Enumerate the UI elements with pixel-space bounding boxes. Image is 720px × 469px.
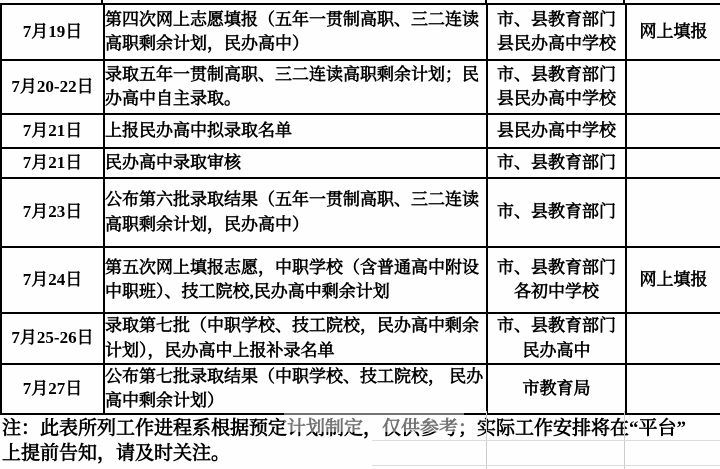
date-cell: 7月24日 — [1, 247, 104, 313]
footnote-line: 上提前告知，请及时关注。 — [2, 441, 720, 466]
method-cell — [626, 313, 720, 364]
grid-line — [372, 465, 720, 466]
method-cell — [626, 178, 720, 247]
task-cell: 公布第六批录取结果（五年一贯制高职、三二连读高职剩余计划，民办高中） — [104, 178, 487, 247]
table-row: 7月19日 第四次网上志愿填报（五年一贯制高职、三二连读高职剩余计划，民办高中）… — [1, 4, 720, 60]
task-cell: 上报民办高中拟录取名单 — [104, 114, 487, 148]
enrollment-schedule-page: 7月19日 第四次网上志愿填报（五年一贯制高职、三二连读高职剩余计划，民办高中）… — [0, 0, 720, 469]
date-cell: 7月25-26日 — [1, 313, 104, 364]
task-cell: 录取五年一贯制高职、三二连读高职剩余计划；民办高中自主录取。 — [104, 60, 487, 114]
method-cell: 网上填报 — [626, 247, 720, 313]
date-cell: 7月20-22日 — [1, 60, 104, 114]
schedule-table: 7月19日 第四次网上志愿填报（五年一贯制高职、三二连读高职剩余计划，民办高中）… — [0, 3, 720, 415]
method-cell — [626, 60, 720, 114]
table-row: 7月27日 公布第七批录取结果（中职学校、技工院校， 民办高中剩余计划） 市教育… — [1, 364, 720, 414]
task-cell: 公布第七批录取结果（中职学校、技工院校， 民办高中剩余计划） — [104, 364, 487, 414]
table-row: 7月24日 第五次网上填报志愿，中职学校（含普通高中附设中职班）、技工院校,民办… — [1, 247, 720, 313]
date-cell: 7月23日 — [1, 178, 104, 247]
method-cell — [626, 148, 720, 178]
dept-cell: 市教育局 — [487, 364, 626, 414]
task-cell: 第四次网上志愿填报（五年一贯制高职、三二连读高职剩余计划，民办高中） — [104, 4, 487, 60]
method-cell: 网上填报 — [626, 4, 720, 60]
dept-cell: 市、县教育部门 — [487, 178, 626, 247]
dept-cell: 市、县教育部门 民办高中 — [487, 313, 626, 364]
date-cell: 7月27日 — [1, 364, 104, 414]
dept-cell: 市、县教育部门 县民办高中学校 — [487, 4, 626, 60]
dept-cell: 县民办高中学校 — [487, 114, 626, 148]
table-row: 7月25-26日 录取第七批（中职学校、技工院校，民办高中剩余计划），民办高中上… — [1, 313, 720, 364]
table-row: 7月21日 民办高中录取审核 市、县教育部门 — [1, 148, 720, 178]
date-cell: 7月21日 — [1, 148, 104, 178]
task-cell: 录取第七批（中职学校、技工院校，民办高中剩余计划），民办高中上报补录名单 — [104, 313, 487, 364]
table-row: 7月20-22日 录取五年一贯制高职、三二连读高职剩余计划；民办高中自主录取。 … — [1, 60, 720, 114]
dept-cell: 市、县教育部门 县民办高中学校 — [487, 60, 626, 114]
table-row: 7月21日 上报民办高中拟录取名单 县民办高中学校 — [1, 114, 720, 148]
dept-cell: 市、县教育部门 — [487, 148, 626, 178]
task-cell: 第五次网上填报志愿，中职学校（含普通高中附设中职班）、技工院校,民办高中剩余计划 — [104, 247, 487, 313]
dept-cell: 市、县教育部门 各初中学校 — [487, 247, 626, 313]
date-cell: 7月19日 — [1, 4, 104, 60]
footnote-line: 注：此表所列工作进程系根据预定计划制定，仅供参考；实际工作安排将在“平台” — [2, 416, 720, 441]
date-cell: 7月21日 — [1, 114, 104, 148]
grid-line — [372, 440, 720, 441]
task-cell: 民办高中录取审核 — [104, 148, 487, 178]
method-cell — [626, 114, 720, 148]
table-row: 7月23日 公布第六批录取结果（五年一贯制高职、三二连读高职剩余计划，民办高中）… — [1, 178, 720, 247]
method-cell — [626, 364, 720, 414]
